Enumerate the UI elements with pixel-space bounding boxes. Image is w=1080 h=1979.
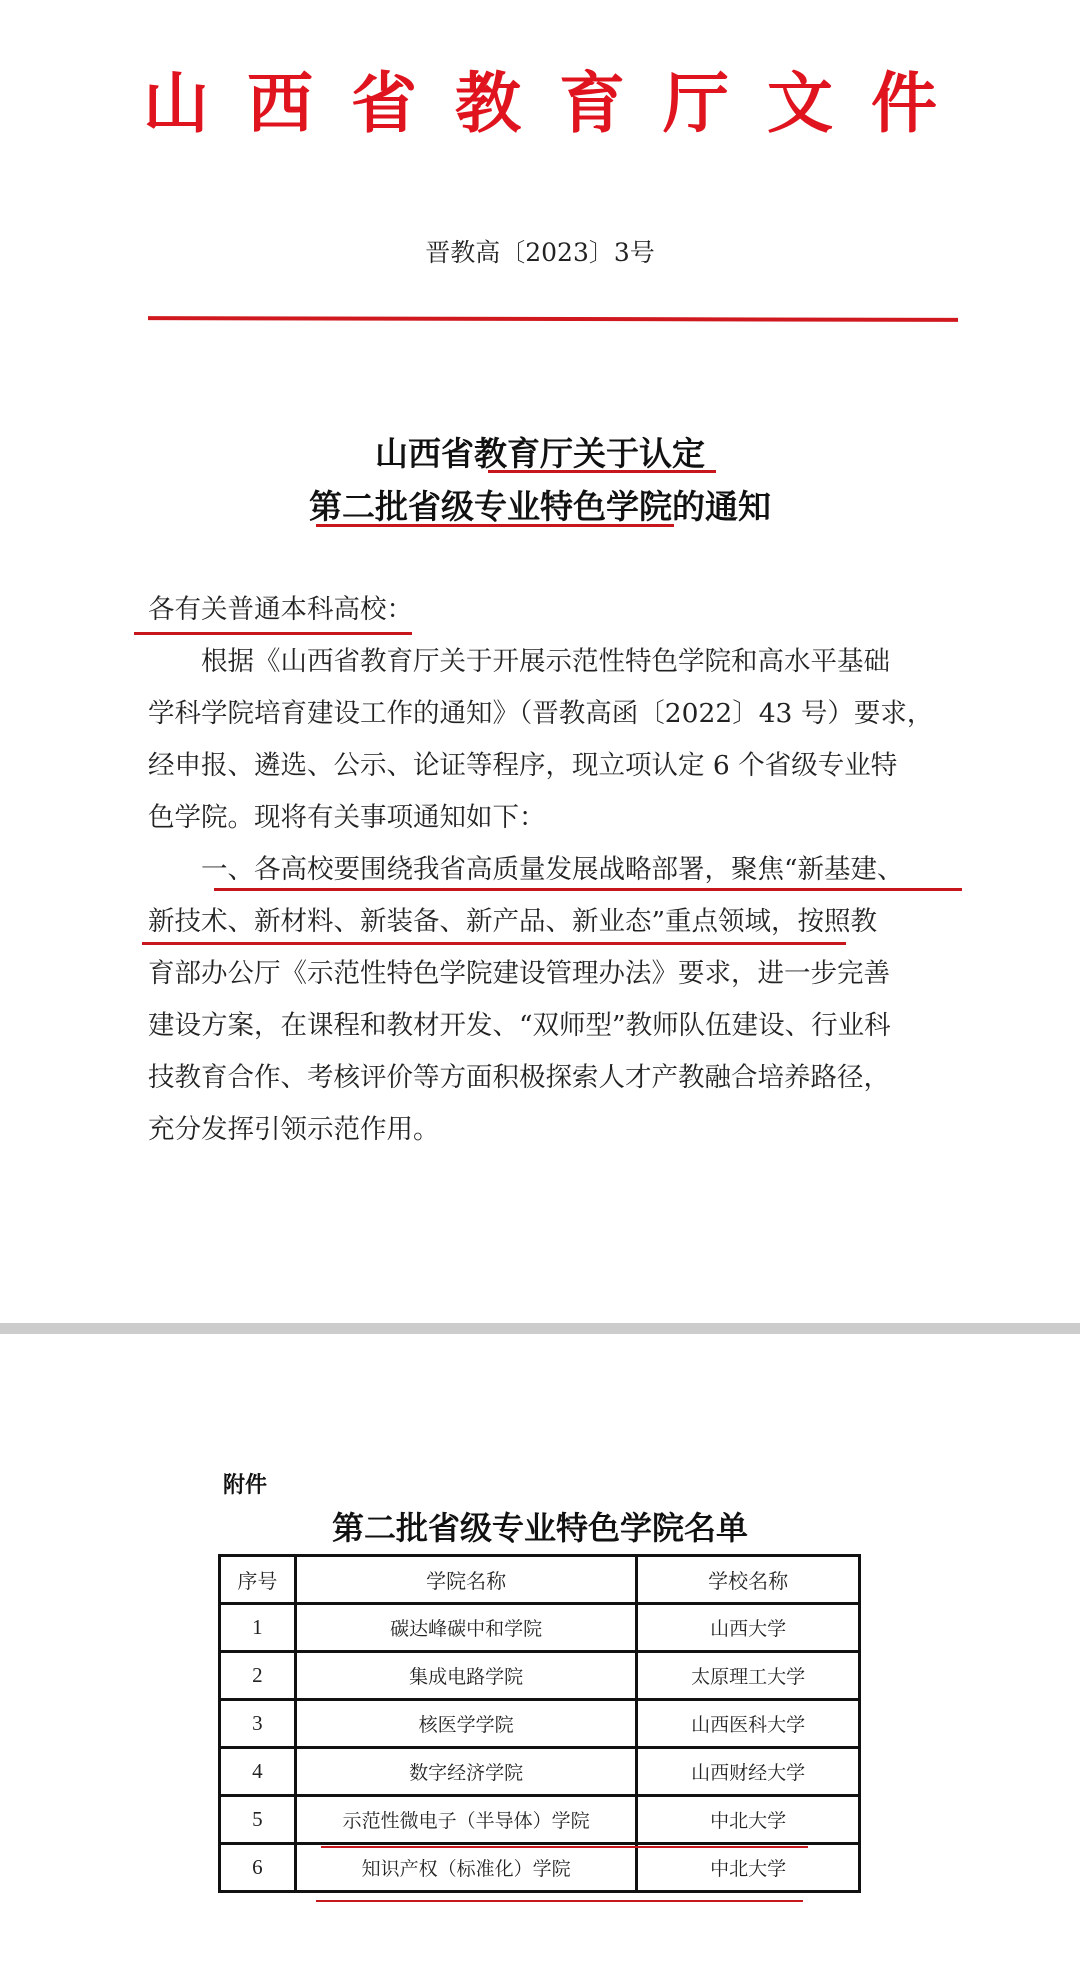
issuer-heading: 山西省教育厅文件 [0, 58, 1080, 148]
cell-college: 知识产权（标准化）学院 [295, 1844, 636, 1892]
annotation-underline [488, 470, 716, 473]
notice-body: 各有关普通本科高校： 根据《山西省教育厅关于开展示范性特色学院和高水平基础 学科… [148, 584, 958, 1156]
para1-line: 经申报、遴选、公示、论证等程序，现立项认定 6 个省级专业特 [148, 740, 958, 792]
college-list-table: 序号 学院名称 学校名称 1 碳达峰碳中和学院 山西大学 2 集成电路学院 太原… [218, 1554, 861, 1893]
cell-no: 6 [220, 1844, 296, 1892]
table-row: 1 碳达峰碳中和学院 山西大学 [220, 1604, 860, 1652]
table-row: 4 数字经济学院 山西财经大学 [220, 1748, 860, 1796]
salutation: 各有关普通本科高校： [148, 584, 958, 636]
cell-university: 山西财经大学 [637, 1748, 860, 1796]
table-row: 3 核医学学院 山西医科大学 [220, 1700, 860, 1748]
para2-line: 育部办公厅《示范性特色学院建设管理办法》要求，进一步完善 [148, 948, 958, 1000]
para2-line: 技教育合作、考核评价等方面积极探索人才产教融合培养路径， [148, 1052, 958, 1104]
cell-university: 中北大学 [637, 1844, 860, 1892]
para2-line: 新技术、新材料、新装备、新产品、新业态”重点领域，按照教 [148, 896, 958, 948]
cell-no: 5 [220, 1796, 296, 1844]
red-divider [148, 316, 958, 322]
col-header-college: 学院名称 [295, 1556, 636, 1604]
cell-university: 太原理工大学 [637, 1652, 860, 1700]
table-row: 5 示范性微电子（半导体）学院 中北大学 [220, 1796, 860, 1844]
annotation-underline [316, 524, 674, 527]
cell-college: 示范性微电子（半导体）学院 [295, 1796, 636, 1844]
col-header-no: 序号 [220, 1556, 296, 1604]
para1-line: 学科学院培育建设工作的通知》（晋教高函〔2022〕43 号）要求， [148, 688, 958, 740]
cell-college: 核医学学院 [295, 1700, 636, 1748]
notice-title-line2: 第二批省级专业特色学院的通知 [0, 481, 1080, 528]
cell-college: 碳达峰碳中和学院 [295, 1604, 636, 1652]
annotation-underline [134, 632, 412, 635]
table-row: 6 知识产权（标准化）学院 中北大学 [220, 1844, 860, 1892]
cell-college: 集成电路学院 [295, 1652, 636, 1700]
cell-college: 数字经济学院 [295, 1748, 636, 1796]
annotation-underline [316, 1900, 803, 1902]
notice-title-line1: 山西省教育厅关于认定 [0, 428, 1080, 475]
cell-no: 3 [220, 1700, 296, 1748]
document-number: 晋教高〔2023〕3号 [0, 233, 1080, 269]
annotation-underline [321, 1846, 808, 1848]
table-row: 2 集成电路学院 太原理工大学 [220, 1652, 860, 1700]
para2-line: 充分发挥引领示范作用。 [148, 1104, 958, 1156]
cell-no: 4 [220, 1748, 296, 1796]
cell-university: 山西医科大学 [637, 1700, 860, 1748]
annotation-underline [142, 942, 846, 945]
para2-line: 建设方案，在课程和教材开发、“双师型”教师队伍建设、行业科 [148, 1000, 958, 1052]
col-header-university: 学校名称 [637, 1556, 860, 1604]
attachment-label: 附件 [223, 1468, 267, 1499]
cell-no: 2 [220, 1652, 296, 1700]
attachment-title: 第二批省级专业特色学院名单 [0, 1503, 1080, 1549]
table-header-row: 序号 学院名称 学校名称 [220, 1556, 860, 1604]
cell-no: 1 [220, 1604, 296, 1652]
cell-university: 山西大学 [637, 1604, 860, 1652]
annotation-underline [214, 888, 962, 891]
para1-line: 色学院。现将有关事项通知如下： [148, 792, 958, 844]
cell-university: 中北大学 [637, 1796, 860, 1844]
page-separator [0, 1323, 1080, 1334]
para1-line: 根据《山西省教育厅关于开展示范性特色学院和高水平基础 [148, 636, 958, 688]
